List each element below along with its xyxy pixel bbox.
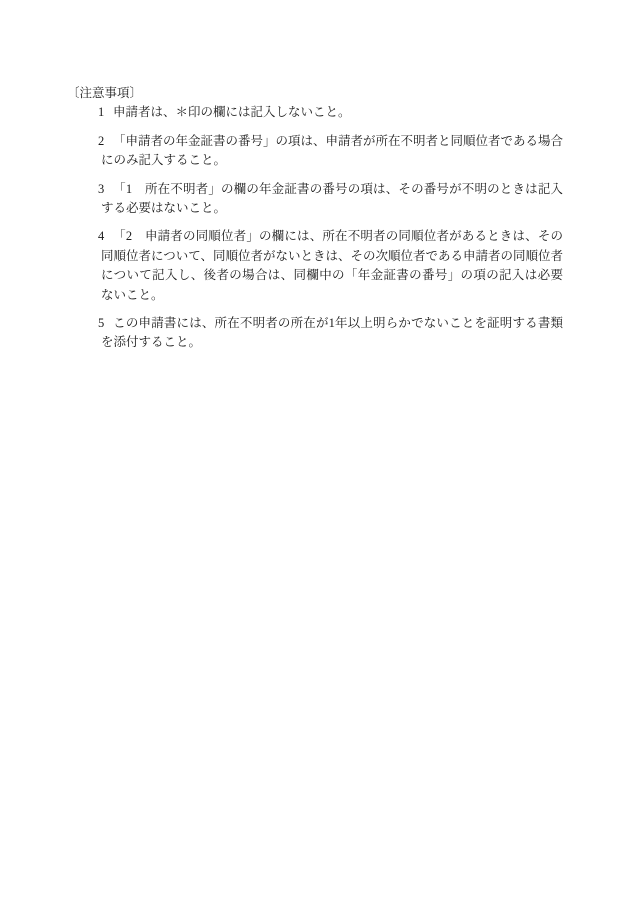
note-text: 「1 所在不明者」の欄の年金証書の番号の項は、その番号が不明のときは記入する必要… <box>101 182 563 215</box>
note-item-2: 2「申請者の年金証書の番号」の項は、申請者が所在不明者と同順位者である場合にのみ… <box>101 132 563 171</box>
note-number: 5 <box>98 314 113 333</box>
note-item-4: 4「2 申請者の同順位者」の欄には、所在不明者の同順位者があるときは、その同順位… <box>101 227 563 305</box>
note-number: 4 <box>98 227 113 246</box>
note-item-5: 5この申請書には、所在不明者の所在が1年以上明らかでないことを証明する書類を添付… <box>101 314 563 353</box>
document-page: 〔注意事項〕 1申請者は、＊印の欄には記入しないこと。 2「申請者の年金証書の番… <box>0 0 630 903</box>
note-text: 「申請者の年金証書の番号」の項は、申請者が所在不明者と同順位者である場合にのみ記… <box>101 134 563 167</box>
note-text: 「2 申請者の同順位者」の欄には、所在不明者の同順位者があるときは、その同順位者… <box>101 229 563 301</box>
note-number: 1 <box>98 103 113 122</box>
note-item-3: 3「1 所在不明者」の欄の年金証書の番号の項は、その番号が不明のときは記入する必… <box>101 180 563 219</box>
notes-section: 〔注意事項〕 1申請者は、＊印の欄には記入しないこと。 2「申請者の年金証書の番… <box>0 0 630 353</box>
notes-heading: 〔注意事項〕 <box>67 84 630 103</box>
note-number: 3 <box>98 180 113 199</box>
note-text: この申請書には、所在不明者の所在が1年以上明らかでないことを証明する書類を添付す… <box>101 316 563 349</box>
note-number: 2 <box>98 132 113 151</box>
note-text: 申請者は、＊印の欄には記入しないこと。 <box>113 105 351 119</box>
notes-list: 1申請者は、＊印の欄には記入しないこと。 2「申請者の年金証書の番号」の項は、申… <box>0 103 563 352</box>
note-item-1: 1申請者は、＊印の欄には記入しないこと。 <box>101 103 563 122</box>
